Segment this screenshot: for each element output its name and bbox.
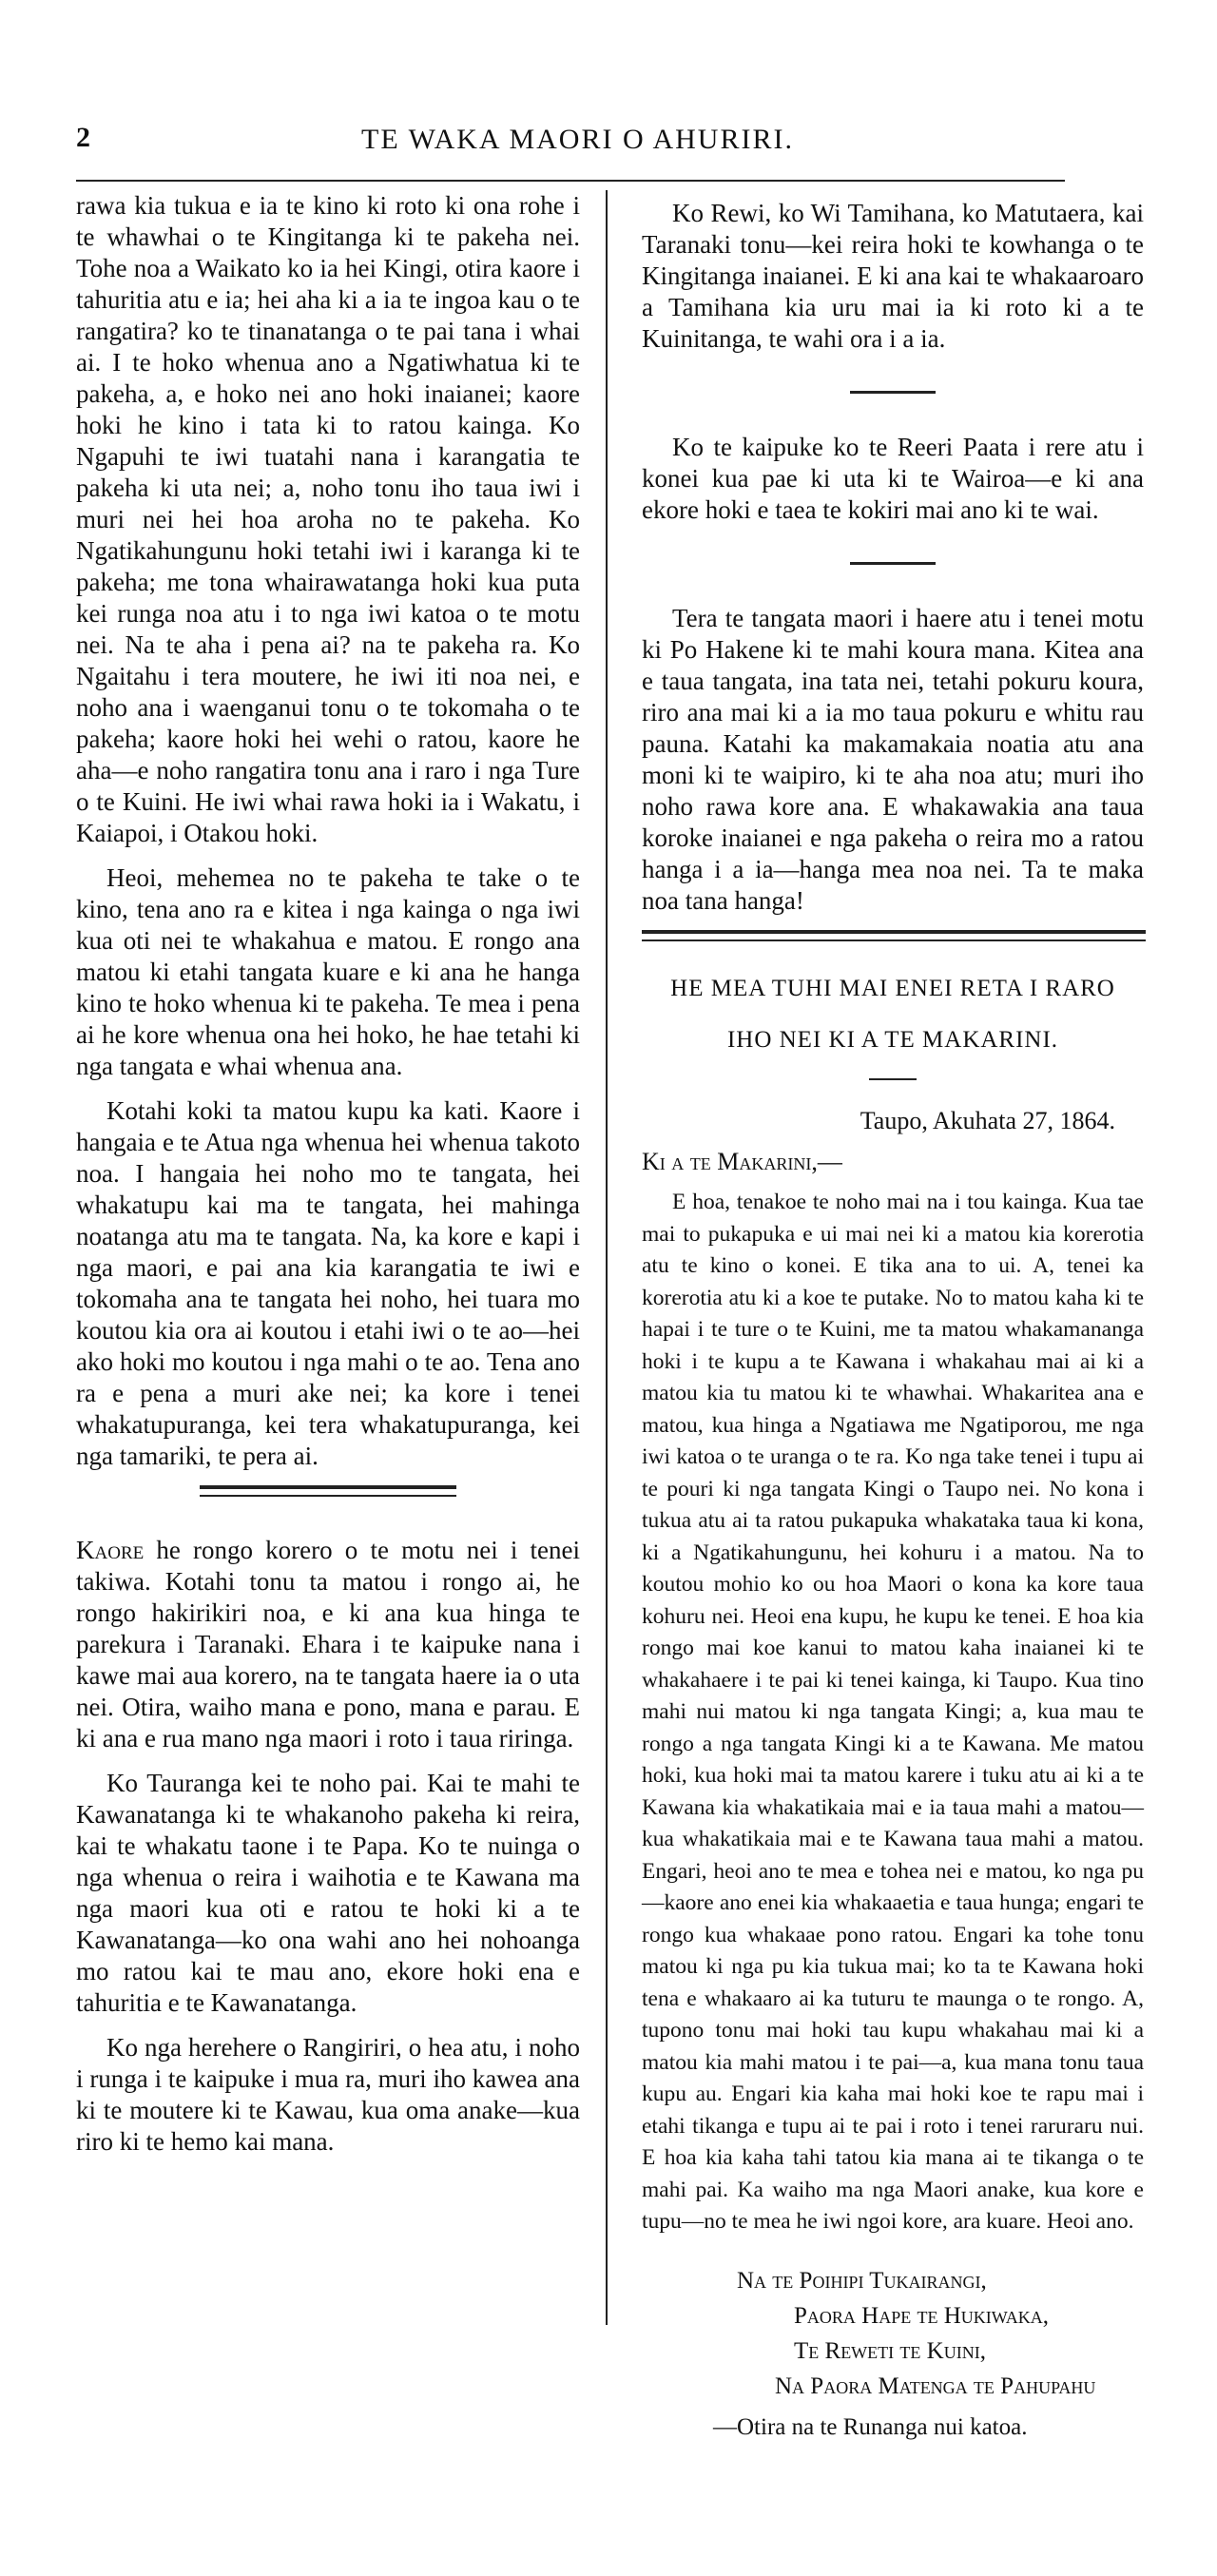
news-paragraph: Ko Rewi, ko Wi Tamihana, ko Matutaera, k… [642,198,1144,355]
news-paragraph: Tera te tangata maori i haere atu i tene… [642,603,1144,917]
news-paragraph: Ko Tauranga kei te noho pai. Kai te mahi… [76,1768,580,2019]
signature-line: Paora Hape te Hukiwaka, [642,2298,1144,2334]
page-header: 2 TE WAKA MAORI O AHURIRI. [76,122,1065,165]
item-divider [850,562,936,565]
article-paragraph: Heoi, mehemea no te pakeha te take o te … [76,862,580,1082]
news-text: he rongo korero o te motu nei i tenei ta… [76,1536,580,1753]
letter-heading-line-1: HE MEA TUHI MAI ENEI RETA I RARO [642,970,1144,1008]
left-column: rawa kia tukua e ia te kino ki roto ki o… [76,190,580,2171]
news-paragraph: Ko nga herehere o Rangiriri, o hea atu, … [76,2032,580,2158]
letter-closing: —Otira na te Runanga nui katoa. [642,2410,1144,2445]
letter-heading-line-2: IHO NEI KI A TE MAKARINI. [642,1021,1144,1059]
header-rule [76,180,1065,182]
signature-line: Na te Poihipi Tukairangi, [642,2263,1144,2298]
news-paragraph: Ko te kaipuke ko te Reeri Paata i rere a… [642,432,1144,526]
news-lead-word: Kaore [76,1536,144,1564]
signature-line: Na Paora Matenga te Pahupahu [642,2369,1144,2404]
article-paragraph: rawa kia tukua e ia te kino ki roto ki o… [76,190,580,849]
signature-line: Te Reweti te Kuini, [642,2334,1144,2369]
heading-divider [869,1078,917,1080]
letter-body: E hoa, tenakoe te noho mai na i tou kain… [642,1187,1144,2238]
page-number: 2 [76,122,90,154]
letter-dateline: Taupo, Akuhata 27, 1864. [642,1105,1115,1136]
news-paragraph: Kaore he rongo korero o te motu nei i te… [76,1535,580,1754]
letter-salutation: Ki a te Makarini,— [642,1146,1144,1177]
section-divider [642,930,1146,941]
right-column: Ko Rewi, ko Wi Tamihana, ko Matutaera, k… [642,198,1144,2445]
section-divider [200,1485,456,1497]
letter-section: HE MEA TUHI MAI ENEI RETA I RARO IHO NEI… [642,970,1144,2445]
column-divider [606,190,608,2325]
item-divider [850,391,936,394]
article-paragraph: Kotahi koki ta matou kupu ka kati. Kaore… [76,1095,580,1472]
letter-signatures: Na te Poihipi Tukairangi, Paora Hape te … [642,2263,1144,2445]
masthead-title: TE WAKA MAORI O AHURIRI. [361,124,794,156]
